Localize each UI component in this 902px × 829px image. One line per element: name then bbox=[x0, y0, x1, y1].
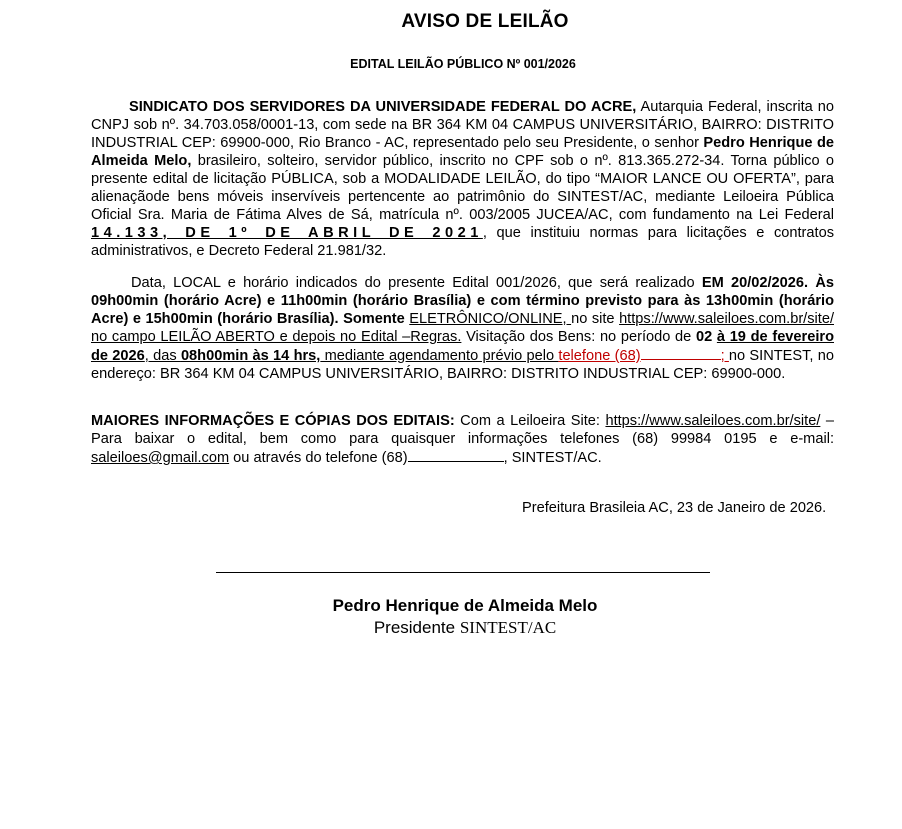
schedule-text-f: mediante agendamento prévio pelo bbox=[320, 348, 558, 364]
auction-mode: ELETRÔNICO/ONLINE, bbox=[409, 311, 571, 327]
place-date: Prefeitura Brasileia AC, 23 de Janeiro d… bbox=[522, 500, 826, 516]
auction-site-link[interactable]: https://www.saleiloes.com.br/site/ bbox=[619, 311, 834, 327]
edital-number: EDITAL LEILÃO PÚBLICO Nº 001/2026 bbox=[0, 57, 902, 71]
period-start: 02 bbox=[696, 329, 717, 345]
info-text-c: ou através do telefone (68) bbox=[229, 450, 407, 466]
phone-blank bbox=[641, 346, 721, 360]
schedule-text-b: no site bbox=[571, 311, 619, 327]
signature-line bbox=[216, 572, 710, 573]
schedule-paragraph: Data, LOCAL e horário indicados do prese… bbox=[91, 274, 834, 383]
signatory-name: Pedro Henrique de Almeida Melo bbox=[0, 596, 902, 616]
intro-text-b: brasileiro, solteiro, servidor público, … bbox=[91, 153, 834, 223]
schedule-text-d: Visitação dos Bens: no período de bbox=[461, 329, 696, 345]
phone-label: telefone (68) bbox=[558, 348, 640, 364]
info-site-link[interactable]: https://www.saleiloes.com.br/site/ bbox=[605, 413, 820, 429]
signatory-role: Presidente SINTEST/AC bbox=[0, 618, 902, 638]
phone-end: ; bbox=[721, 348, 729, 364]
info-text-d: , SINTEST/AC. bbox=[504, 450, 602, 466]
visit-hours: 08h00min às 14 hrs, bbox=[181, 348, 320, 364]
role-org: SINTEST/AC bbox=[460, 618, 556, 637]
email-link[interactable]: saleiloes@gmail.com bbox=[91, 450, 229, 466]
info-paragraph: MAIORES INFORMAÇÕES E CÓPIAS DOS EDITAIS… bbox=[91, 412, 834, 467]
phone-blank-line bbox=[408, 448, 504, 462]
law-reference: 14.133, DE 1º DE ABRIL DE 2021 bbox=[91, 225, 483, 241]
info-text-a: Com a Leiloeira Site: bbox=[455, 413, 606, 429]
intro-paragraph: SINDICATO DOS SERVIDORES DA UNIVERSIDADE… bbox=[91, 98, 834, 260]
document-title: AVISO DE LEILÃO bbox=[0, 11, 902, 33]
schedule-text-a: Data, LOCAL e horário indicados do prese… bbox=[131, 275, 702, 291]
info-heading: MAIORES INFORMAÇÕES E CÓPIAS DOS EDITAIS… bbox=[91, 413, 455, 429]
schedule-text-e: , das bbox=[145, 348, 181, 364]
auction-field-instructions: no campo LEILÃO ABERTO e depois no Edita… bbox=[91, 329, 461, 345]
role-prefix: Presidente bbox=[374, 618, 460, 637]
org-name: SINDICATO DOS SERVIDORES DA UNIVERSIDADE… bbox=[129, 99, 636, 115]
